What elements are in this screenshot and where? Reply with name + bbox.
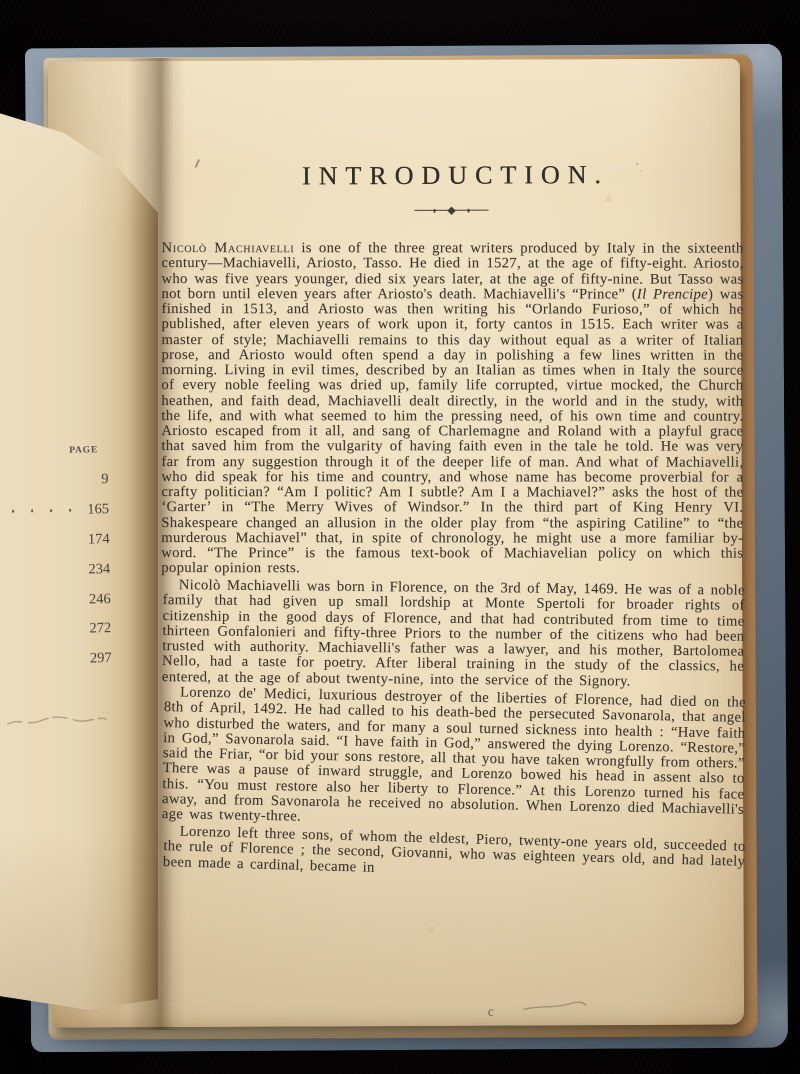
text-segment-smallcaps: Nicolò Machiavelli (162, 240, 295, 256)
toc-page-number: 9 (80, 471, 108, 488)
toc-page-number: 297 (84, 650, 112, 667)
photo-background: INTRODUCTION. Nicolò Machiavelli is one … (0, 0, 800, 1074)
toc-entry: 246 (0, 584, 119, 616)
paragraph-1: Nicolò Machiavelli is one of the three g… (161, 241, 743, 577)
toc-entry: 165 (0, 495, 117, 527)
ornament-diamond (447, 207, 455, 215)
pencil-mark (2, 710, 112, 732)
toc-page-number: 174 (82, 531, 110, 548)
ink-speck (636, 163, 638, 165)
signature-mark: c (488, 1004, 494, 1020)
leader-dot (31, 510, 33, 513)
toc-entry: 174 (0, 525, 118, 557)
page-title: INTRODUCTION. (160, 159, 742, 192)
paragraph-3: Lorenzo de' Medici, luxurious destroyer … (162, 685, 746, 833)
toc-entry: 234 (0, 554, 118, 586)
ornament-tick (467, 209, 469, 213)
toc-entries: 9165174234246272297 (0, 465, 120, 676)
page-content: INTRODUCTION. Nicolò Machiavelli is one … (160, 58, 746, 869)
toc-entry: 9 (0, 465, 117, 497)
toc-page-number: 272 (83, 620, 111, 637)
leader-dot (50, 509, 52, 512)
leader-dot (69, 509, 71, 512)
toc-entry: 297 (0, 644, 120, 676)
toc-page-number: 234 (82, 561, 110, 578)
pencil-mark (520, 997, 590, 1015)
contents-fragment: PAGE 9165174234246272297 (0, 445, 120, 676)
divider-ornament-icon (415, 206, 489, 216)
toc-page-number: 165 (81, 501, 109, 518)
text-segment-italic: Il Prencipe (637, 286, 708, 302)
ornament-tick (434, 209, 436, 213)
toc-page-header: PAGE (0, 445, 116, 457)
text-segment: Lorenzo de' Medici, luxurious destroyer … (162, 685, 746, 825)
paragraph-4: Lorenzo left three sons, of whom the eld… (163, 824, 746, 885)
leader-dot (12, 510, 14, 513)
text-segment: Nicolò Machiavelli was born in Florence,… (162, 577, 745, 689)
left-page: PAGE 9165174234246272297 (0, 104, 158, 1010)
text-segment: ) was finished in 1513, and Ariosto was … (161, 286, 743, 576)
body-text: Nicolò Machiavelli is one of the three g… (161, 238, 746, 869)
toc-entry: 272 (0, 614, 119, 646)
toc-page-number: 246 (83, 591, 111, 608)
paragraph-2: Nicolò Machiavelli was born in Florence,… (162, 578, 745, 690)
